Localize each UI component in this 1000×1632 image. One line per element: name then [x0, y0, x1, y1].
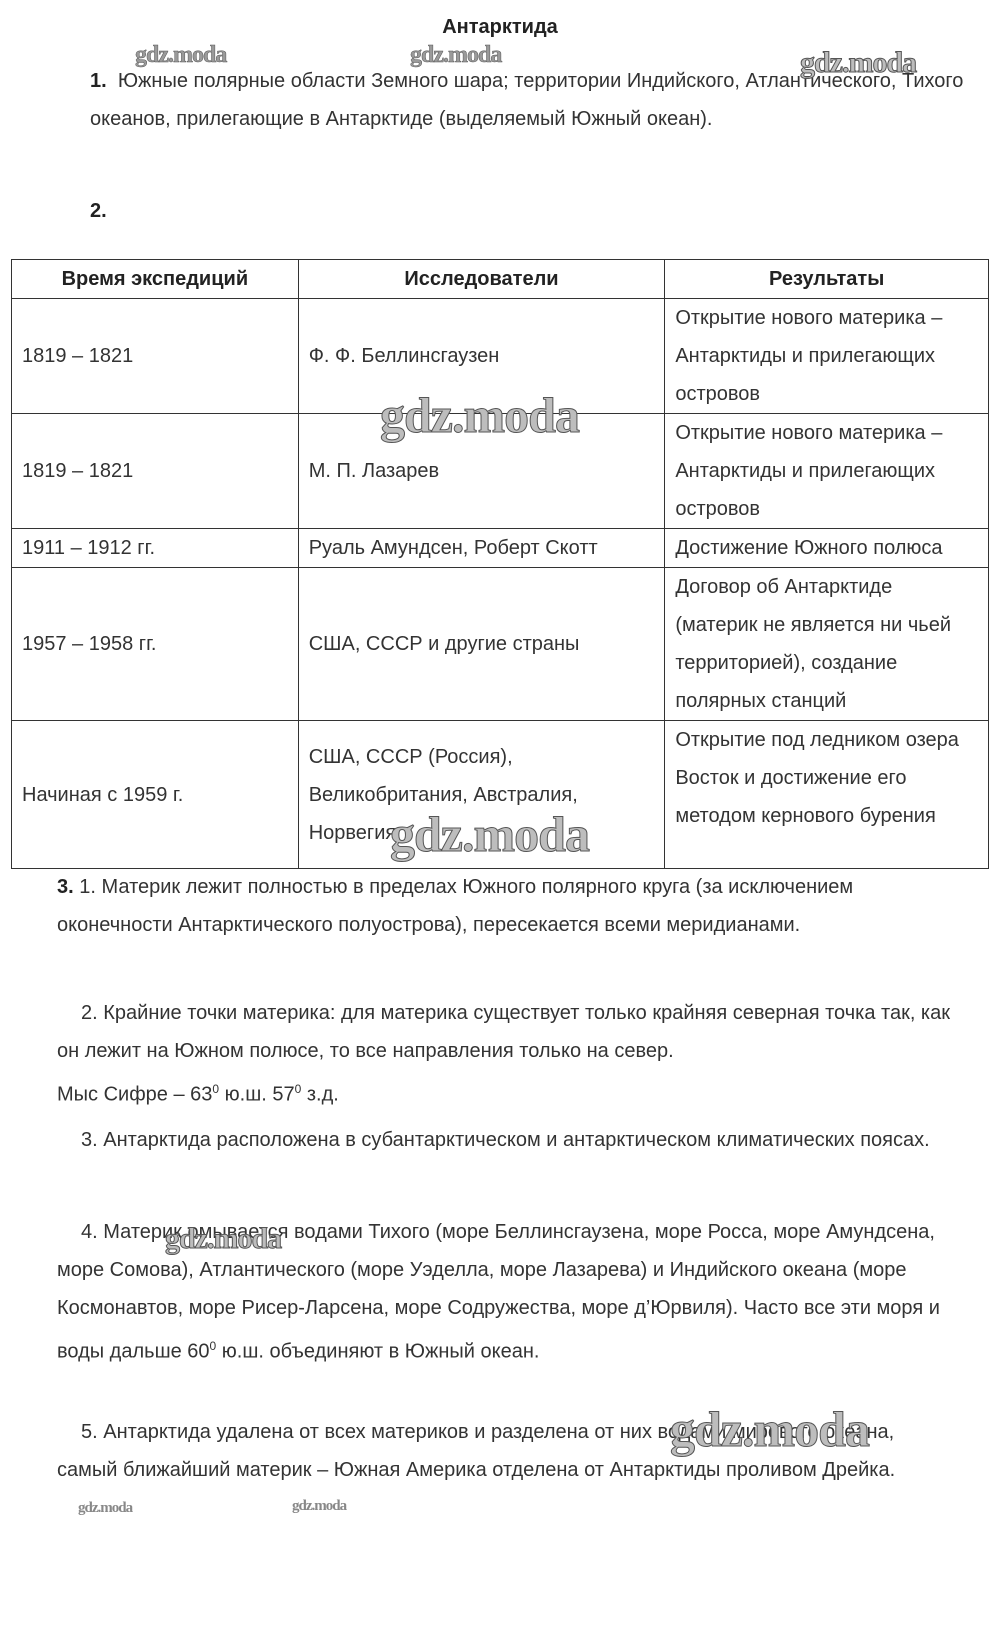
- cell-time: 1911 – 1912 гг.: [12, 529, 299, 568]
- section-1-text: Южные полярные области Земного шара; тер…: [90, 70, 963, 130]
- table-header-row: Время экспедиций Исследователи Результат…: [12, 260, 989, 299]
- section-3-item-1: 3. 1. Материк лежит полностью в пределах…: [57, 868, 957, 944]
- cell-explorers: Руаль Амундсен, Роберт Скотт: [298, 529, 665, 568]
- item-label: 2.: [81, 1002, 98, 1024]
- section-3-item-4: 4. Материк омывается водами Тихого (море…: [57, 1213, 957, 1371]
- cell-time: 1819 – 1821: [12, 299, 299, 414]
- item-text: Крайние точки материка: для материка сущ…: [57, 1002, 950, 1062]
- item-label: 4.: [81, 1221, 98, 1243]
- watermark: gdz.moda: [78, 1500, 132, 1517]
- cell-results: Открытие нового материка – Антарктиды и …: [665, 414, 989, 529]
- section-3-item-2: 2. Крайние точки материка: для материка …: [57, 994, 957, 1114]
- watermark: gdz.moda: [292, 1498, 346, 1515]
- item-label: 1.: [79, 876, 96, 898]
- table-row: Начиная с 1959 г. США, СССР (Россия), Ве…: [12, 721, 989, 869]
- header-results: Результаты: [665, 260, 989, 299]
- header-explorers: Исследователи: [298, 260, 665, 299]
- table-row: 1911 – 1912 гг. Руаль Амундсен, Роберт С…: [12, 529, 989, 568]
- section-1: 1. Южные полярные области Земного шара; …: [90, 62, 970, 138]
- item-text: Антарктида удалена от всех материков и р…: [57, 1421, 895, 1481]
- cell-time: Начиная с 1959 г.: [12, 721, 299, 869]
- cell-time: 1957 – 1958 гг.: [12, 568, 299, 721]
- section-2-number: 2.: [90, 200, 107, 223]
- cell-results: Достижение Южного полюса: [665, 529, 989, 568]
- section-1-number: 1.: [90, 70, 107, 92]
- cell-explorers: М. П. Лазарев: [298, 414, 665, 529]
- section-3-item-3: 3. Антарктида расположена в субантарктич…: [57, 1121, 957, 1159]
- page-title: Антарктида: [0, 16, 1000, 39]
- table-row: 1819 – 1821 М. П. Лазарев Открытие новог…: [12, 414, 989, 529]
- cell-explorers: США, СССР (Россия), Великобритания, Авст…: [298, 721, 665, 869]
- table-row: 1957 – 1958 гг. США, СССР и другие стран…: [12, 568, 989, 721]
- header-time: Время экспедиций: [12, 260, 299, 299]
- item-text: Материк лежит полностью в пределах Южног…: [57, 876, 853, 936]
- cell-explorers: Ф. Ф. Беллинсгаузен: [298, 299, 665, 414]
- item-label: 5.: [81, 1421, 98, 1443]
- item-text: Антарктида расположена в субантарктическ…: [103, 1129, 929, 1151]
- table-row: 1819 – 1821 Ф. Ф. Беллинсгаузен Открытие…: [12, 299, 989, 414]
- expeditions-table: Время экспедиций Исследователи Результат…: [11, 259, 989, 869]
- section-3-item-5: 5. Антарктида удалена от всех материков …: [57, 1413, 957, 1489]
- cell-results: Открытие нового материка – Антарктиды и …: [665, 299, 989, 414]
- cell-time: 1819 – 1821: [12, 414, 299, 529]
- cell-explorers: США, СССР и другие страны: [298, 568, 665, 721]
- section-3-number: 3.: [57, 876, 74, 898]
- item-label: 3.: [81, 1129, 98, 1151]
- cape-coordinates: Мыс Сифре – 630 ю.ш. 570 з.д.: [57, 1070, 339, 1114]
- cell-results: Открытие под ледником озера Восток и дос…: [665, 721, 989, 869]
- cell-results: Договор об Антарктиде (материк не являет…: [665, 568, 989, 721]
